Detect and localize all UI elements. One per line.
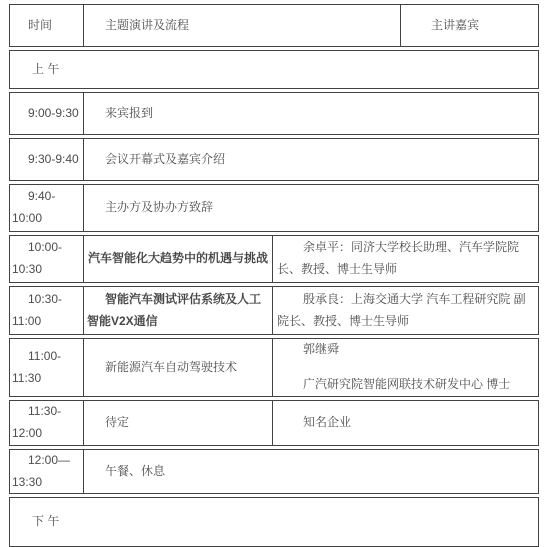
schedule-row: 9:00-9:30 来宾报到 [9, 92, 539, 135]
schedule-row: 12:00— 13:30 午餐、休息 [9, 449, 539, 494]
speaker-cell: 郭继舜 广汽研究院智能网联技术研发中心 博士 [273, 339, 538, 396]
speaker-cell: 知名企业 [273, 401, 538, 445]
schedule-row: 9:30-9:40 会议开幕式及嘉宾介绍 [9, 138, 539, 181]
topic-cell: 来宾报到 [84, 93, 538, 134]
schedule-row: 10:00- 10:30 汽车智能化大趋势中的机遇与挑战 余卓平：同济大学校长助… [9, 235, 539, 283]
session-label: 上 午 [10, 51, 538, 88]
topic-cell: 新能源汽车自动驾驶技术 [84, 339, 273, 396]
header-topic: 主题演讲及流程 [84, 5, 401, 46]
speaker-affiliation: 广汽研究院智能网联技术研发中心 博士 [277, 374, 532, 396]
time-cell: 10:30- 11:00 [10, 287, 84, 334]
table-header-row: 时间 主题演讲及流程 主讲嘉宾 [9, 4, 539, 47]
speaker-cell: 殷承良：上海交通大学 汽车工程研究院 副院长、教授、博士生导师 [273, 287, 538, 334]
speaker-name: 郭继舜 [277, 339, 532, 361]
topic-cell: 待定 [84, 401, 273, 445]
topic-cell: 午餐、休息 [84, 450, 538, 493]
time-cell: 9:40- 10:00 [10, 185, 84, 231]
schedule-row: 10:30- 11:00 智能汽车测试评估系统及人工智能V2X通信 殷承良：上海… [9, 286, 539, 335]
topic-cell: 会议开幕式及嘉宾介绍 [84, 139, 538, 180]
schedule-row: 11:30- 12:00 待定 知名企业 [9, 400, 539, 446]
session-label: 下 午 [10, 498, 538, 546]
header-time: 时间 [10, 5, 84, 46]
header-speaker: 主讲嘉宾 [401, 5, 538, 46]
time-cell: 10:00- 10:30 [10, 236, 84, 282]
time-cell: 12:00— 13:30 [10, 450, 84, 493]
schedule-row: 9:40- 10:00 主办方及协办方致辞 [9, 184, 539, 232]
topic-cell: 主办方及协办方致辞 [84, 185, 538, 231]
time-cell: 11:00- 11:30 [10, 339, 84, 396]
time-cell: 9:30-9:40 [10, 139, 84, 180]
session-row-morning: 上 午 [9, 50, 539, 89]
topic-cell: 智能汽车测试评估系统及人工智能V2X通信 [84, 287, 273, 334]
time-cell: 11:30- 12:00 [10, 401, 84, 445]
topic-cell: 汽车智能化大趋势中的机遇与挑战 [84, 236, 273, 282]
speaker-cell: 余卓平：同济大学校长助理、汽车学院院长、教授、博士生导师 [273, 236, 538, 282]
session-row-afternoon: 下 午 [9, 497, 539, 547]
schedule-row: 11:00- 11:30 新能源汽车自动驾驶技术 郭继舜 广汽研究院智能网联技术… [9, 338, 539, 397]
time-cell: 9:00-9:30 [10, 93, 84, 134]
schedule-table: 时间 主题演讲及流程 主讲嘉宾 上 午 9:00-9:30 来宾报到 9:30-… [9, 4, 539, 547]
